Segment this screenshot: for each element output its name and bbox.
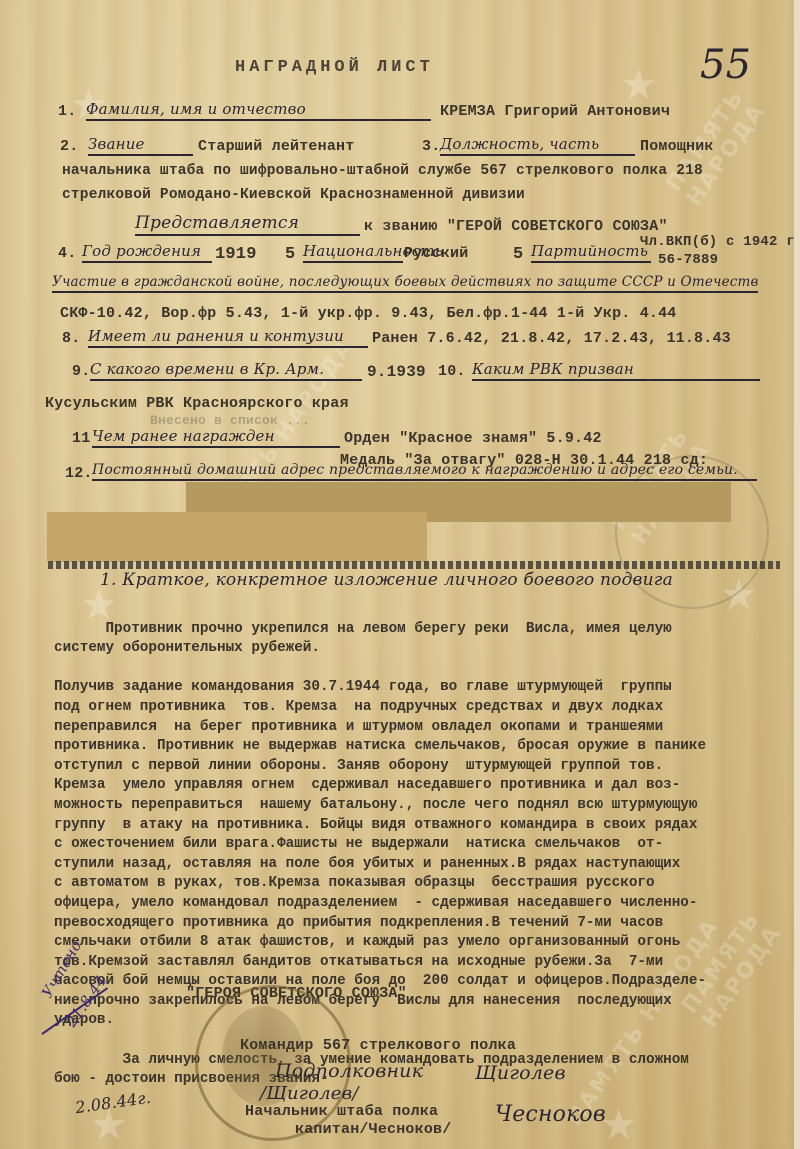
field-value-presented: к званию "ГЕРОЙ СОВЕТСКОГО СОЮЗА" [364, 218, 668, 235]
field-number: 1. [58, 103, 76, 120]
field-number: 12. [65, 465, 93, 482]
commander-signature: Щиголев [475, 1062, 566, 1084]
sheet-number: 55 [700, 42, 751, 88]
field-label-draft-office: Каким РВК призван [472, 360, 760, 381]
redacted-address [47, 512, 427, 562]
feat-paragraph: Получив задание командования 30.7.1944 г… [54, 678, 784, 1031]
field-label-rank: Звание [88, 135, 193, 156]
field-value-rank: Старший лейтенант [198, 138, 354, 155]
commander-rank-handwritten: Подполковник [275, 1060, 423, 1082]
field-value-participation: СКФ-10.42, Вор.фр 5.43, 1-й укр.фр. 9.43… [60, 305, 677, 322]
field-label-address: Постоянный домашний адрес представляемог… [92, 462, 757, 481]
field-number: 4. [58, 245, 76, 262]
chief-of-staff-name: капитан/Чесноков/ [295, 1121, 451, 1138]
chief-of-staff-title: Начальник штаба полка [245, 1103, 438, 1120]
field-value-nationality: Русский [404, 245, 468, 262]
chief-of-staff-signature: Чесноков [495, 1102, 606, 1127]
field-label-prior-awards: Чем ранее награжден [92, 427, 340, 448]
field-label-wounds: Имеет ли ранения и контузии [88, 327, 368, 348]
feat-description: Противник прочно укрепился на левом бере… [54, 600, 784, 1109]
field-label-service-since: С какого времени в Кр. Арм. [90, 360, 362, 381]
field-value-wounds: Ранен 7.6.42, 21.8.42, 17.2.43, 11.8.43 [372, 330, 731, 347]
field-number: 11 [72, 430, 90, 447]
field-number: 9. [72, 363, 90, 380]
field-label-birth-year: Год рождения [82, 242, 212, 263]
field-number: 10. [438, 363, 466, 380]
commander-name: /Щиголев/ [260, 1083, 359, 1104]
field-label-participation: Участие в гражданской войне, последующих… [52, 274, 758, 293]
field-label-name: Фамилия, имя и отчество [86, 100, 431, 121]
commander-title: Командир 567 стрелкового полка [240, 1037, 516, 1054]
section-heading: 1. Краткое, конкретное изложение личного… [100, 570, 673, 590]
field-number: 5 [285, 245, 295, 264]
field-number: 5 [513, 245, 523, 264]
watermark-star-icon: ★ [620, 60, 658, 109]
bleedthrough-text: Внесено в список ... [150, 413, 310, 428]
field-value-name: КРЕМЗА Григорий Антонович [440, 103, 670, 120]
field-value-position-cont: стрелковой Ромодано-Киевской Краснознаме… [62, 187, 525, 203]
field-value-prior-award-1: Орден "Красное знамя" 5.9.42 [344, 430, 602, 447]
field-value-party-card: 56-7889 [658, 252, 718, 268]
field-number: 8. [62, 330, 80, 347]
field-value-party: Чл.ВКП(б) с 1942 г [640, 234, 795, 250]
field-number: 2. [60, 138, 78, 155]
feat-paragraph: Противник прочно укрепился на левом бере… [54, 620, 784, 659]
field-value-birth-year: 1919 [215, 245, 257, 264]
field-value-draft-office: Кусульским РВК Красноярского края [45, 395, 349, 412]
field-label-party: Партийность [531, 242, 651, 263]
field-value-position: Помощник [640, 138, 714, 155]
field-value-position-cont: начальника штаба по шифровально-штабной … [62, 163, 703, 179]
field-value-service-since: 9.1939 [367, 363, 426, 381]
document-title: НАГРАДНОЙ ЛИСТ [235, 58, 434, 77]
field-label-position: Должность, часть [440, 135, 635, 156]
field-label-presented: Представляется [135, 213, 360, 236]
field-number: 3. [422, 138, 440, 155]
field-label-nationality: Национальность [303, 242, 403, 263]
separator-line [48, 561, 780, 569]
